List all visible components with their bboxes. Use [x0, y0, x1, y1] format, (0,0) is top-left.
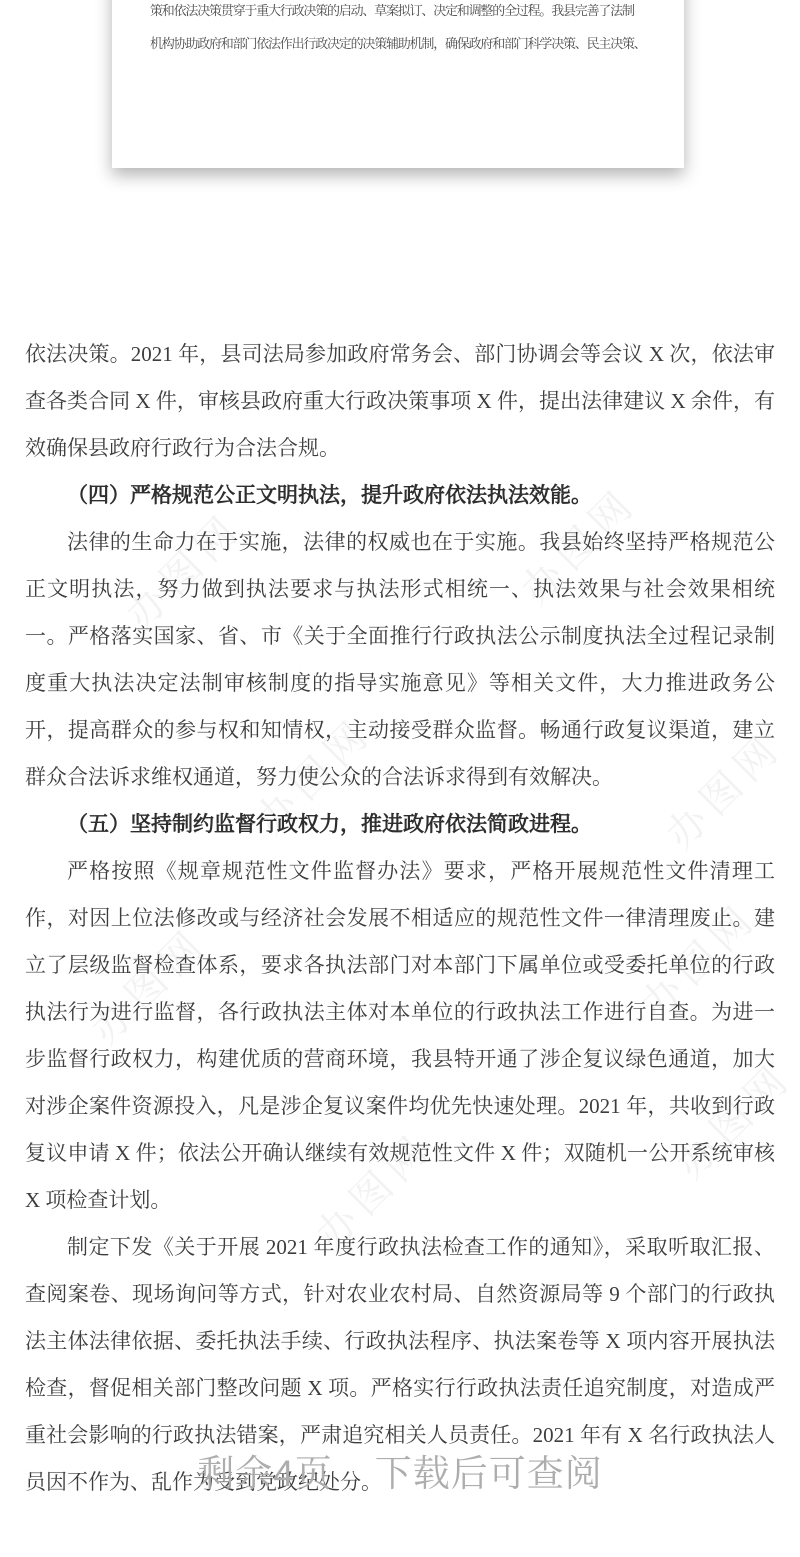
- body-paragraph: 法律的生命力在于实施，法律的权威也在于实施。我县始终坚持严格规范公正文明执法，努…: [25, 519, 775, 801]
- preview-text: 策和依法决策贯穿于重大行政决策的启动、草案拟订、决定和调整的全过程。我县完善了法…: [150, 0, 650, 60]
- download-hint-label: 下载后可查阅: [375, 1452, 603, 1496]
- section-heading: （五）坚持制约监督行政权力，推进政府依法简政进程。: [25, 801, 775, 848]
- document-body: 依法决策。2021 年，县司法局参加政府常务会、部门协调会等会议 X 次，依法审…: [25, 331, 775, 1506]
- remaining-pages-label: 剩余4页: [197, 1452, 333, 1496]
- body-paragraph: 严格按照《规章规范性文件监督办法》要求，严格开展规范性文件清理工作，对因上位法修…: [25, 848, 775, 1224]
- document-page-preview: 策和依法决策贯穿于重大行政决策的启动、草案拟订、决定和调整的全过程。我县完善了法…: [112, 0, 684, 168]
- preview-line: 策和依法决策贯穿于重大行政决策的启动、草案拟订、决定和调整的全过程。我县完善了法…: [150, 0, 650, 27]
- document-paragraphs: 依法决策。2021 年，县司法局参加政府常务会、部门协调会等会议 X 次，依法审…: [25, 331, 775, 1506]
- page: 办图网 办图网 办图网 办图网 办图网 办图网 办图网 办图网 策和依法决策贯穿…: [0, 0, 800, 1557]
- paywall-notice: 剩余4页 下载后可查阅: [0, 1452, 800, 1496]
- preview-line: 机构协助政府和部门依法作出行政决定的决策辅助机制，确保政府和部门科学决策、民主决…: [150, 27, 650, 60]
- section-heading: （四）严格规范公正文明执法，提升政府依法执法效能。: [25, 472, 775, 519]
- body-paragraph: 依法决策。2021 年，县司法局参加政府常务会、部门协调会等会议 X 次，依法审…: [25, 331, 775, 472]
